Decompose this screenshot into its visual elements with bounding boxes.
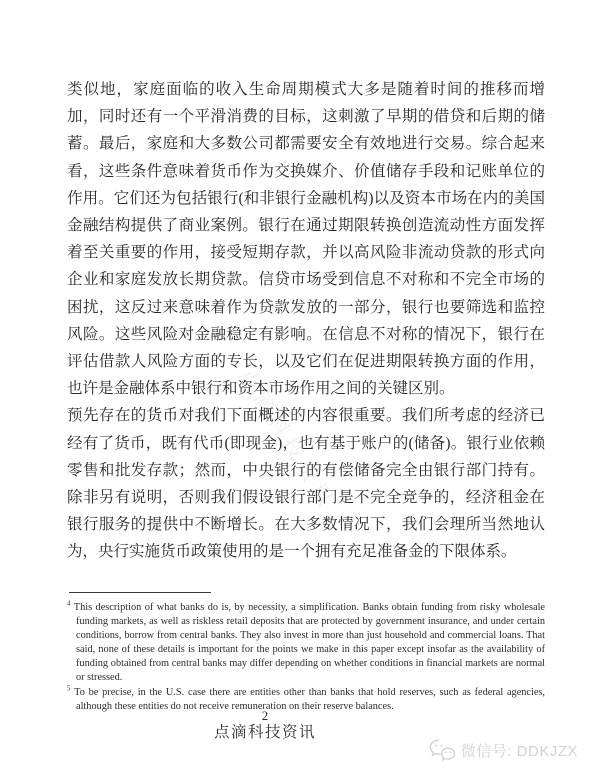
footnote-separator [69, 592, 211, 593]
body-paragraph: 类似地，家庭面临的收入生命周期模式大多是随着时间的推移而增加，同时还有一个平滑消… [67, 76, 545, 402]
wechat-label: 微信号: DDKJZX [461, 740, 578, 761]
footnote-marker: 4 [67, 600, 71, 608]
document-page: 点滴科技资讯 类似地，家庭面临的收入生命周期模式大多是随着时间的推移而增加，同时… [0, 0, 600, 777]
wechat-watermark: 微信号: DDKJZX [429, 739, 578, 761]
page-footer: 2 点滴科技资讯 [0, 708, 530, 743]
body-paragraph: 预先存在的货币对我们下面概述的内容很重要。我们所考虑的经济已经有了货币，既有代币… [67, 402, 545, 565]
document-body: 类似地，家庭面临的收入生命周期模式大多是随着时间的推移而增加，同时还有一个平滑消… [67, 76, 545, 566]
wechat-icon [429, 739, 456, 761]
footnote-item: 4 This description of what banks do is, … [67, 601, 545, 684]
footnote-text: This description of what banks do is, by… [74, 602, 545, 683]
footnotes-section: 4 This description of what banks do is, … [67, 592, 545, 716]
page-number: 2 [0, 708, 530, 723]
footnote-marker: 5 [67, 685, 71, 693]
